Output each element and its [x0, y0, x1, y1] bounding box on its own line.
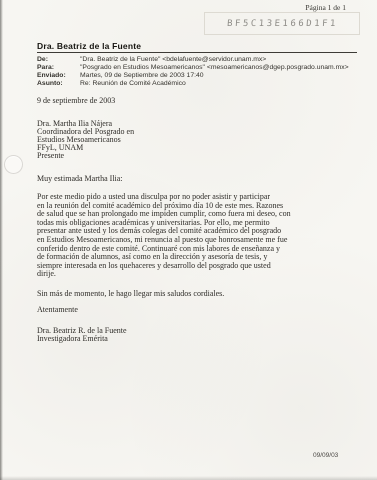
scan-edge-left-artifact	[0, 0, 3, 480]
handwritten-code: BF5C13E166D1F1	[226, 19, 338, 29]
letter-body-paragraph: Por este medio pido a usted una disculpa…	[37, 193, 291, 279]
footer-date-stamp: 09/09/03	[313, 452, 338, 459]
scanned-page: Página 1 de 1 BF5C13E166D1F1 Dra. Beatri…	[0, 0, 377, 480]
header-value-subject: Re: Reunión de Comité Académico	[80, 80, 186, 88]
signature-role: Investigadora Emérita	[37, 335, 127, 343]
header-value-to: "Posgrado en Estudios Mesoamericanos" <m…	[80, 64, 349, 72]
handwritten-code-box: BF5C13E166D1F1	[204, 12, 360, 35]
recipient-line: Presente	[37, 152, 134, 160]
body-line: dirije.	[37, 270, 291, 279]
letter-farewell: Atentamente	[37, 305, 78, 314]
letter-closing-line: Sin más de momento, le hago llegar mis s…	[37, 289, 224, 298]
page-indicator: Página 1 de 1	[305, 3, 346, 12]
header-label-to: Para:	[37, 64, 80, 72]
email-header-block: De: "Dra. Beatriz de la Fuente" <bdelafu…	[37, 56, 357, 88]
body-line: siempre interesada en los quehaceres y d…	[37, 262, 291, 271]
signature-block: Dra. Beatriz R. de la Fuente Investigado…	[37, 327, 127, 344]
header-value-sent: Martes, 09 de Septiembre de 2003 17:40	[80, 72, 204, 80]
punch-hole-artifact	[4, 155, 23, 174]
header-label-subject: Asunto:	[37, 80, 80, 88]
header-value-from: "Dra. Beatriz de la Fuente" <bdelafuente…	[80, 56, 266, 64]
header-row-sent: Enviado: Martes, 09 de Septiembre de 200…	[37, 72, 357, 80]
email-sender-title: Dra. Beatriz de la Fuente	[37, 41, 141, 51]
header-row-from: De: "Dra. Beatriz de la Fuente" <bdelafu…	[37, 56, 357, 64]
header-label-sent: Enviado:	[37, 72, 80, 80]
header-row-subject: Asunto: Re: Reunión de Comité Académico	[37, 80, 357, 88]
scan-edge-bottom-artifact	[0, 476, 377, 480]
header-label-from: De:	[37, 56, 80, 64]
letter-date: 9 de septiembre de 2003	[37, 96, 115, 105]
header-row-to: Para: "Posgrado en Estudios Mesoamerican…	[37, 64, 357, 72]
title-underline-rule	[37, 52, 357, 53]
recipient-address-block: Dra. Martha Ilia Nájera Coordinadora del…	[37, 120, 134, 160]
letter-salutation: Muy estimada Martha Ilia:	[37, 174, 123, 183]
